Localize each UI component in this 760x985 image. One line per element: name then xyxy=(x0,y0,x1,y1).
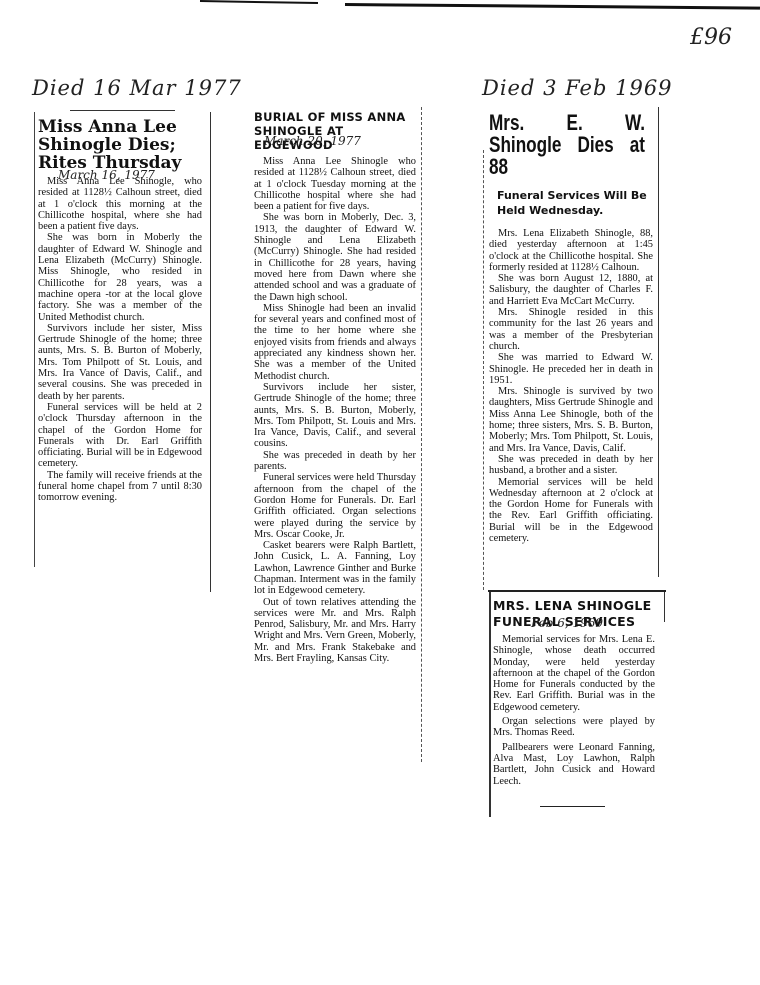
paragraph: Miss Shinogle had been an invalid for se… xyxy=(254,303,416,382)
paragraph: The family will receive friends at the f… xyxy=(38,470,202,504)
clipping-edge xyxy=(70,110,175,111)
paragraph: Casket bearers were Ralph Bartlett, John… xyxy=(254,540,416,596)
paragraph: She was preceded in death by her parents… xyxy=(254,450,416,473)
clipping-edge xyxy=(664,592,665,622)
scan-edge-line xyxy=(200,0,318,4)
paragraph: Mrs. Shinogle resided in this community … xyxy=(489,307,653,352)
headline: Mrs. E. W. Shinogle Dies at 88 xyxy=(489,112,645,178)
handwritten-death-date-anna: Died 16 Mar 1977 xyxy=(32,76,242,100)
paragraph: Organ selections were played by Mrs. Tho… xyxy=(493,716,655,739)
headline: Miss Anna Lee Shinogle Dies; Rites Thurs… xyxy=(38,118,202,172)
paragraph: Miss Anna Lee Shinogle, who resided at 1… xyxy=(38,176,202,232)
paragraph: She was born August 12, 1880, at Salisbu… xyxy=(489,273,653,307)
paragraph: Memorial services will be held Wednesday… xyxy=(489,477,653,545)
paragraph: Mrs. Lena Elizabeth Shinogle, 88, died y… xyxy=(489,228,653,273)
paragraph: Funeral services will be held at 2 o'clo… xyxy=(38,402,202,470)
paragraph: Survivors include her sister, Miss Gertr… xyxy=(38,323,202,402)
handwritten-death-date-lena: Died 3 Feb 1969 xyxy=(482,76,673,100)
clipping-lena-obituary: Mrs. E. W. Shinogle Dies at 88 Funeral S… xyxy=(489,112,653,544)
handwritten-clipping-date: March 20, 1977 xyxy=(264,136,361,147)
clipping-lena-funeral: MRS. LENA SHINOGLE FUNERAL SERVICES Feb … xyxy=(493,598,655,787)
paragraph: Out of town relatives attending the serv… xyxy=(254,597,416,665)
end-rule xyxy=(540,806,605,807)
clipping-anna-burial: BURIAL OF MISS ANNA SHINOGLE AT EDGEWOOD… xyxy=(254,110,416,664)
paragraph: She was born in Moberly, Dec. 3, 1913, t… xyxy=(254,212,416,302)
handwritten-clipping-date: Feb 6, 1969 xyxy=(531,618,603,629)
scan-edge-line xyxy=(345,3,760,10)
handwritten-page-number: £96 xyxy=(690,25,732,50)
clipping-anna-obituary: Miss Anna Lee Shinogle Dies; Rites Thurs… xyxy=(38,118,202,504)
clipping-edge xyxy=(210,112,211,592)
clipping-edge xyxy=(483,150,484,590)
clipping-edge xyxy=(489,592,491,817)
clipping-edge xyxy=(34,112,35,567)
paragraph: Memorial services for Mrs. Lena E. Shino… xyxy=(493,634,655,713)
paragraph: Mrs. Shinogle is survived by two daughte… xyxy=(489,386,653,454)
paragraph: Funeral services were held Thursday afte… xyxy=(254,472,416,540)
paragraph: Miss Anna Lee Shinogle who resided at 11… xyxy=(254,156,416,212)
paragraph: She was preceded in death by her husband… xyxy=(489,454,653,477)
handwritten-clipping-date: March 16, 1977 xyxy=(58,170,155,181)
subheadline: Funeral Services Will Be Held Wednesday. xyxy=(497,188,653,218)
paragraph: Survivors include her sister, Gertrude S… xyxy=(254,382,416,450)
paragraph: She was born in Moberly the daughter of … xyxy=(38,232,202,322)
clipping-edge xyxy=(421,107,422,762)
clipping-edge xyxy=(488,590,666,592)
paragraph: Pallbearers were Leonard Fanning, Alva M… xyxy=(493,742,655,787)
paragraph: She was married to Edward W. Shinogle. H… xyxy=(489,352,653,386)
clipping-edge xyxy=(658,107,659,577)
